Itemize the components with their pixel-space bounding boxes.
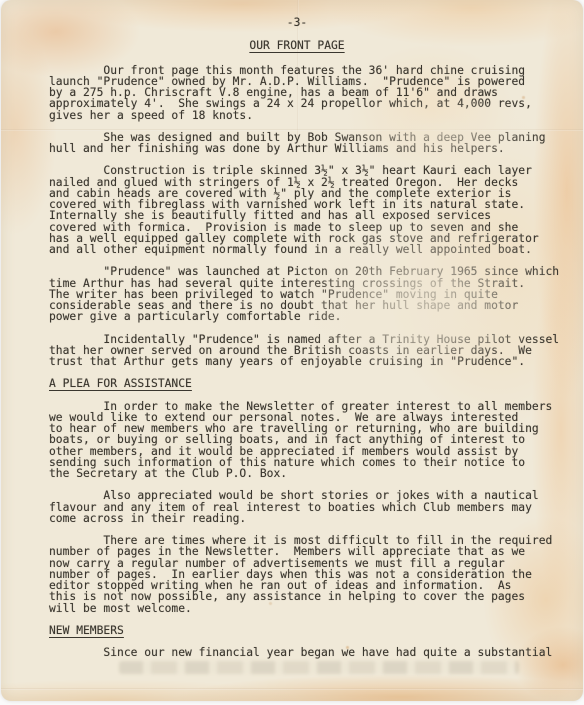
newsletter-page: -3- OUR FRONT PAGE Our front page this m…: [1, 0, 583, 701]
paragraph-designed-built: She was designed and built by Bob Swanso…: [49, 132, 545, 155]
paragraph-personal-notes: In order to make the Newsletter of great…: [49, 401, 545, 480]
section-heading-new-members: NEW MEMBERS: [49, 625, 545, 636]
paragraph-trinity-house: Incidentally "Prudence" is named after a…: [49, 334, 545, 368]
paragraph-construction: Construction is triple skinned 3½" x 3½"…: [49, 165, 545, 255]
section-heading-plea-for-assistance: A PLEA FOR ASSISTANCE: [49, 378, 545, 389]
typewritten-content: -3- OUR FRONT PAGE Our front page this m…: [49, 17, 545, 658]
scanned-newsletter-screenshot: -3- OUR FRONT PAGE Our front page this m…: [0, 0, 584, 705]
section-heading-our-front-page: OUR FRONT PAGE: [49, 40, 545, 51]
foxing-speckles: [1, 0, 4, 3]
fold-crease-lower: [1, 688, 583, 690]
paragraph-prudence-intro: Our front page this month features the 3…: [49, 65, 545, 121]
show-through-text: [119, 661, 519, 674]
paragraph-filling-pages: There are times where it is most difficu…: [49, 535, 545, 614]
paragraph-launch-picton: "Prudence" was launched at Picton on 20t…: [49, 266, 545, 322]
page-number: -3-: [49, 17, 545, 28]
paragraph-stories-jokes: Also appreciated would be short stories …: [49, 490, 545, 524]
paragraph-financial-year: Since our new financial year began we ha…: [49, 647, 545, 658]
